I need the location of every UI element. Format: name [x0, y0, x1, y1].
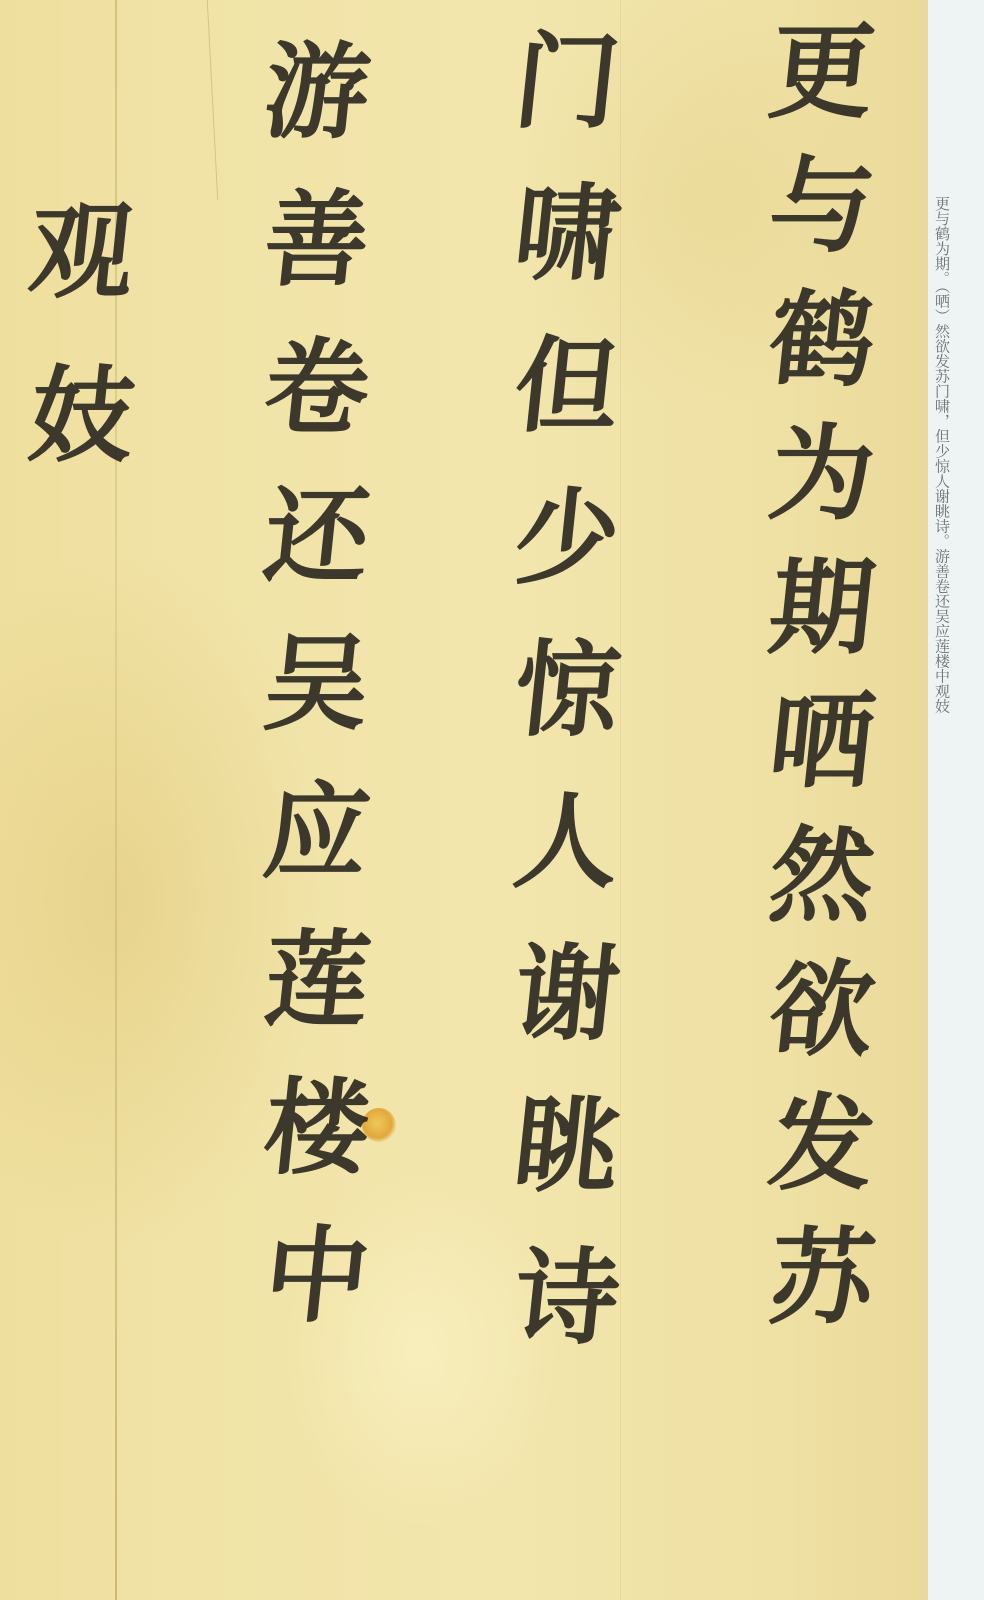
glyph: 欲	[765, 958, 880, 1062]
glyph: 楼	[260, 1076, 375, 1180]
glyph: 期	[765, 556, 880, 660]
paper-crease	[207, 0, 218, 200]
glyph: 发	[765, 1092, 880, 1196]
glyph: 应	[260, 780, 375, 884]
glyph: 惊	[510, 638, 625, 742]
glyph: 卷	[260, 336, 375, 440]
glyph: 为	[765, 422, 880, 526]
glyph: 观	[25, 200, 140, 304]
glyph: 人	[510, 790, 625, 894]
calligraphy-paper: 更 与 鹤 为 期 哂 然 欲 发 苏 门 啸 但 少 惊 人 谢 眺 诗 游 …	[0, 0, 928, 1600]
calligraphy-column-3: 游 善 卷 还 吴 应 莲 楼 中	[265, 40, 369, 1328]
glyph: 然	[765, 824, 880, 928]
glyph: 妓	[25, 364, 140, 468]
calligraphy-column-2: 门 啸 但 少 惊 人 谢 眺 诗	[515, 30, 619, 1350]
calligraphy-column-1: 更 与 鹤 为 期 哂 然 欲 发 苏	[770, 20, 874, 1330]
calligraphy-column-4: 观 妓	[30, 200, 134, 468]
glyph: 谢	[510, 942, 625, 1046]
glyph: 善	[260, 188, 375, 292]
glyph: 诗	[510, 1246, 625, 1350]
glyph: 游	[260, 40, 375, 144]
glyph: 哂	[765, 690, 880, 794]
glyph: 更	[765, 20, 880, 124]
glyph: 还	[260, 484, 375, 588]
glyph: 苏	[765, 1226, 880, 1330]
glyph: 莲	[260, 928, 375, 1032]
glyph: 与	[765, 154, 880, 258]
transcription-caption: 更与鹤为期。（哂）然欲发苏门啸，但少惊人谢眺诗。游善卷还吴应莲楼中观妓	[932, 196, 952, 714]
glyph: 眺	[510, 1094, 625, 1198]
glyph: 少	[510, 486, 625, 590]
glyph: 鹤	[765, 288, 880, 392]
glyph: 吴	[260, 632, 375, 736]
glyph: 啸	[510, 182, 625, 286]
glyph: 门	[510, 30, 625, 134]
glyph: 中	[260, 1224, 375, 1328]
glyph: 但	[510, 334, 625, 438]
